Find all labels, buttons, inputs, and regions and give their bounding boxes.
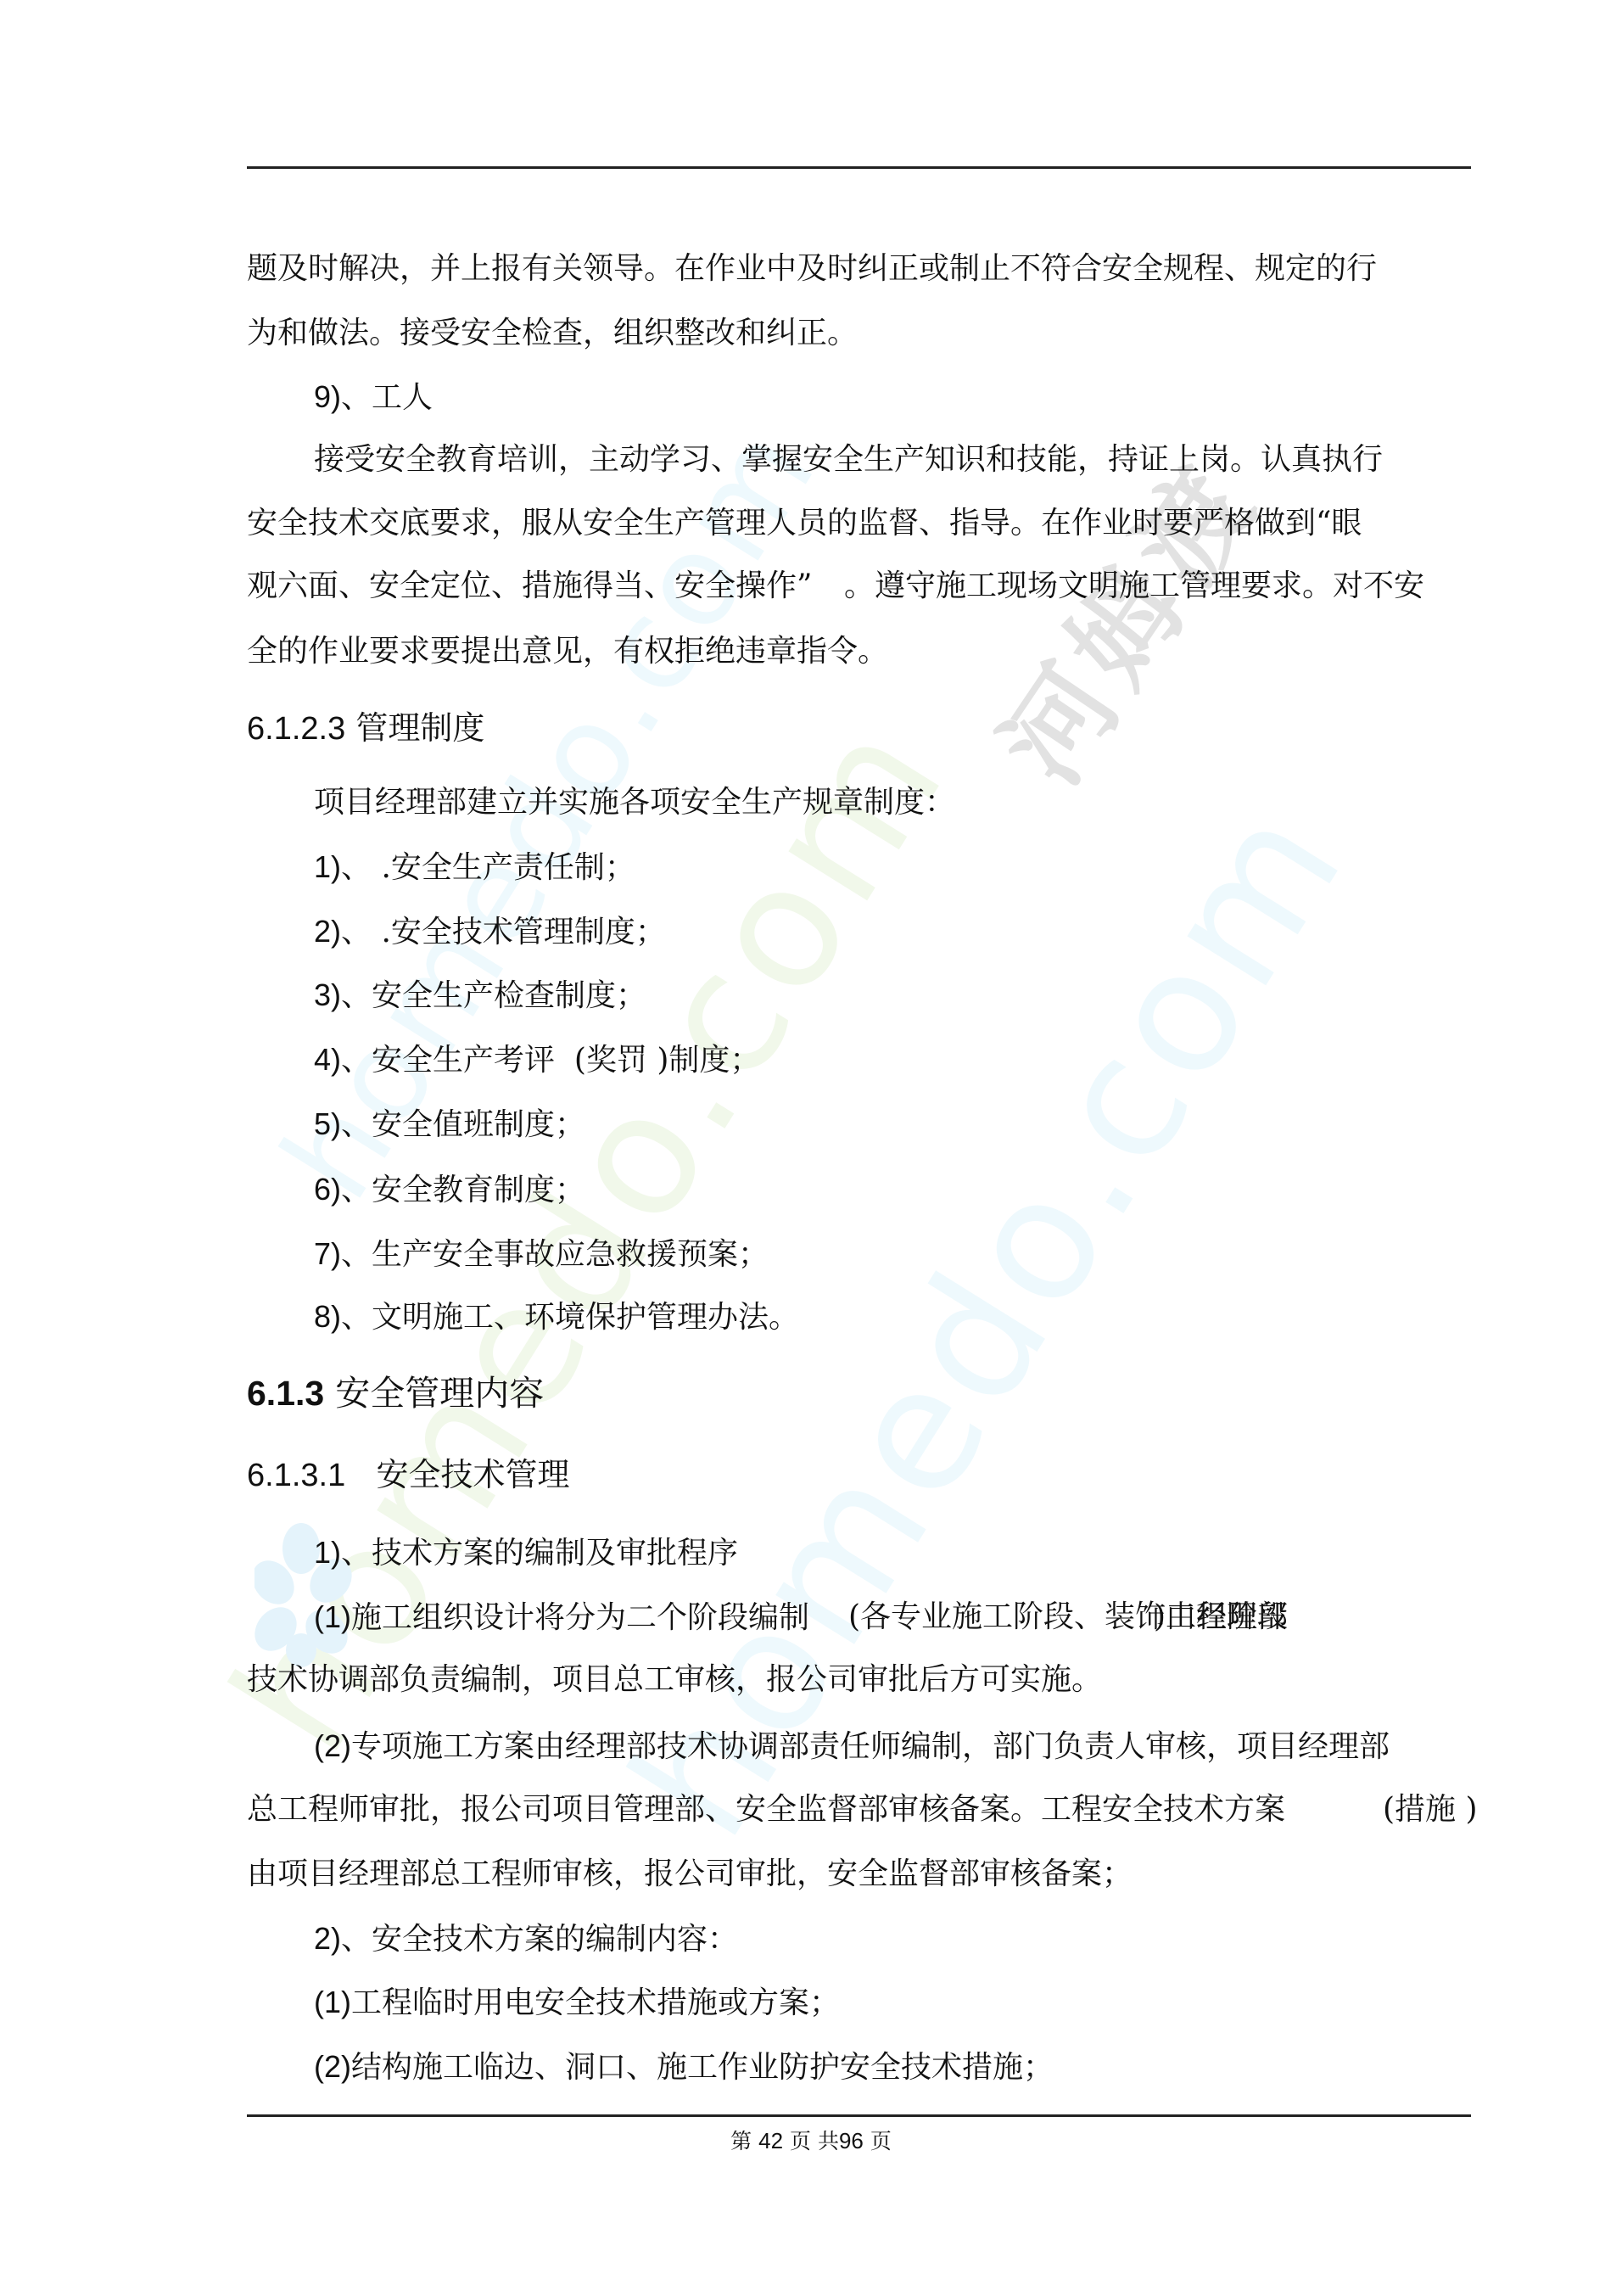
document-page: homedo.com homedo.com homedo.com 河姆渡 题及时… <box>0 0 1622 2296</box>
paragraph-line: 总工程师审批，报公司项目管理部、安全监督部审核备案。工程安全技术方案 <box>247 1791 1285 1828</box>
paragraph-line: 观六面、安全定位、措施得当、安全操作” <box>247 568 812 605</box>
paragraph-line: 题及时解决，并上报有关领导。在作业中及时纠正或制止不符合安全规程、规定的行 <box>247 250 1377 288</box>
list-item: 1)、 .安全生产责任制； <box>314 848 635 886</box>
section-intro: 项目经理部建立并实施各项安全生产规章制度： <box>314 784 955 821</box>
list-item: 3)、安全生产检查制度； <box>314 977 646 1014</box>
paragraph-line: (1)施工组织设计将分为二个阶段编制 <box>314 1599 809 1636</box>
list-item: 8)、文明施工、环境保护管理办法。 <box>314 1298 799 1336</box>
list-item: (1)工程临时用电安全技术措施或方案； <box>314 1984 840 2021</box>
footer-prefix: 第 <box>730 2129 752 2153</box>
total-pages-number: 96 <box>839 2128 864 2153</box>
paragraph-line: 接受安全教育培训，主动学习、掌握安全生产知识和技能，持证上岗。认真执行 <box>314 441 1383 479</box>
footer-suffix: 页 <box>870 2129 892 2153</box>
current-page-number: 42 <box>758 2128 783 2153</box>
paragraph-line: 安全技术交底要求，服从安全生产管理人员的监督、指导。在作业时要严格做到“眼 <box>247 505 1362 542</box>
list-item: 7)、生产安全事故应急救援预案； <box>314 1235 769 1273</box>
list-item-workers: 9)、工人 <box>314 378 433 416</box>
header-rule <box>247 166 1471 169</box>
paragraph-line: (措施 ) <box>1383 1791 1478 1828</box>
paragraph-line: 全的作业要求要提出意见，有权拒绝违章指令。 <box>247 633 888 670</box>
paragraph-line: 由项目经理部总工程师审核，报公司审批，安全监督部审核备案； <box>247 1856 1133 1893</box>
heading-6-1-3: 6.1.3 安全管理内容 <box>247 1375 544 1412</box>
heading-6-1-3-1: 6.1.3.1 安全技术管理 <box>247 1456 569 1493</box>
list-item: 4)、安全生产考评 (奖罚 )制度； <box>314 1041 760 1078</box>
paragraph-line: (2)专项施工方案由经理部技术协调部责任师编制，部门负责人审核，项目经理部 <box>314 1728 1390 1765</box>
footer-mid: 页 共 <box>790 2129 839 2153</box>
list-item: (2)结构施工临边、洞口、施工作业防护安全技术措施； <box>314 2048 1054 2086</box>
page-footer: 第 42 页 共96 页 <box>0 2124 1622 2159</box>
list-item: 2)、 .安全技术管理制度； <box>314 913 666 950</box>
list-item: 1)、技术方案的编制及审批程序 <box>314 1534 738 1571</box>
paragraph-line: 技术协调部负责编制，项目总工审核，报公司审批后方可实施。 <box>247 1661 1102 1699</box>
list-item: 6)、安全教育制度； <box>314 1171 585 1208</box>
footer-rule <box>247 2114 1471 2117</box>
list-item: 2)、安全技术方案的编制内容： <box>314 1920 738 1957</box>
list-item: 5)、安全值班制度； <box>314 1106 585 1143</box>
page-content: 题及时解决，并上报有关领导。在作业中及时纠正或制止不符合安全规程、规定的行 为和… <box>0 0 1622 2296</box>
paragraph-line: 。遵守施工现场文明施工管理要求。对不安 <box>844 568 1424 605</box>
paragraph-line: )由经理部 <box>1154 1599 1288 1636</box>
heading-6-1-2-3: 6.1.2.3 管理制度 <box>247 709 484 747</box>
paragraph-line: 为和做法。接受安全检查，组织整改和纠正。 <box>247 315 858 352</box>
